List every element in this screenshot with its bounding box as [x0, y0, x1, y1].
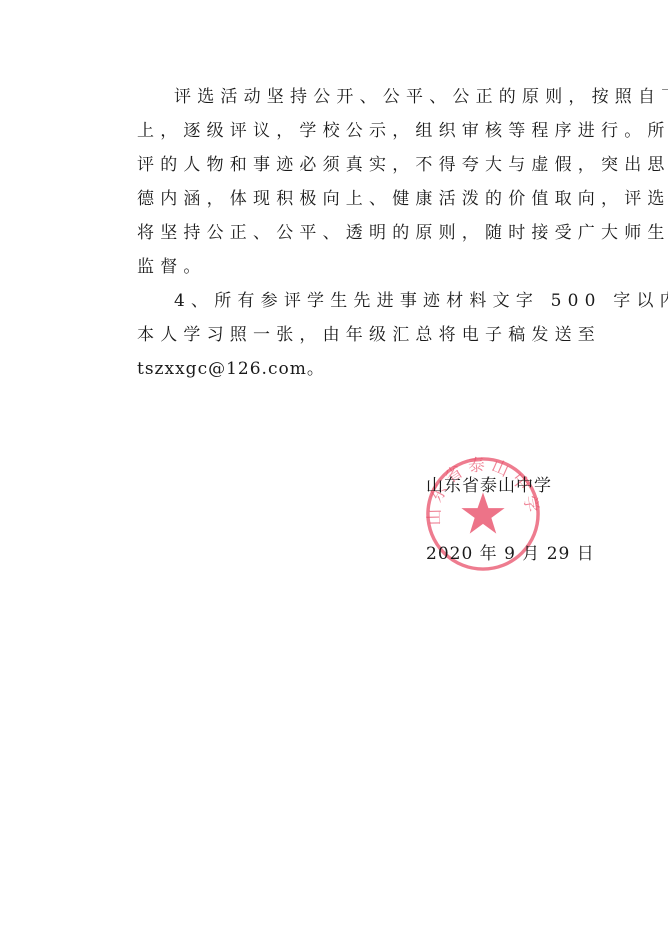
- text-line: 评的人物和事迹必须真实，不得夸大与虚假，突出思想道: [100, 148, 570, 182]
- paragraph-submission-instructions: 4、所有参评学生先进事迹材料文字 500 字以内，连同 本人学习照一张，由年级汇…: [100, 284, 570, 386]
- text-line: 将坚持公正、公平、透明的原则，随时接受广大师生们的: [100, 216, 570, 250]
- star-icon: [461, 492, 504, 533]
- text-line: 监督。: [100, 250, 570, 284]
- signature-date: 2020 年 9 月 29 日: [426, 542, 595, 566]
- text-line: 德内涵，体现积极向上、健康活泼的价值取向，评选过程: [100, 182, 570, 216]
- text-line: 上，逐级评议，学校公示，组织审核等程序进行。所有参: [100, 114, 570, 148]
- document-page: 评选活动坚持公开、公平、公正的原则，按照自下而 上，逐级评议，学校公示，组织审核…: [0, 0, 668, 948]
- email-address: tszxxgc@126.com。: [100, 352, 570, 386]
- text-line: 4、所有参评学生先进事迹材料文字 500 字以内，连同: [100, 284, 570, 318]
- text-line: 本人学习照一张，由年级汇总将电子稿发送至: [100, 318, 570, 352]
- paragraph-selection-principles: 评选活动坚持公开、公平、公正的原则，按照自下而 上，逐级评议，学校公示，组织审核…: [100, 80, 570, 284]
- text-line: 评选活动坚持公开、公平、公正的原则，按照自下而: [100, 80, 570, 114]
- signature-organization: 山东省泰山中学: [426, 474, 552, 498]
